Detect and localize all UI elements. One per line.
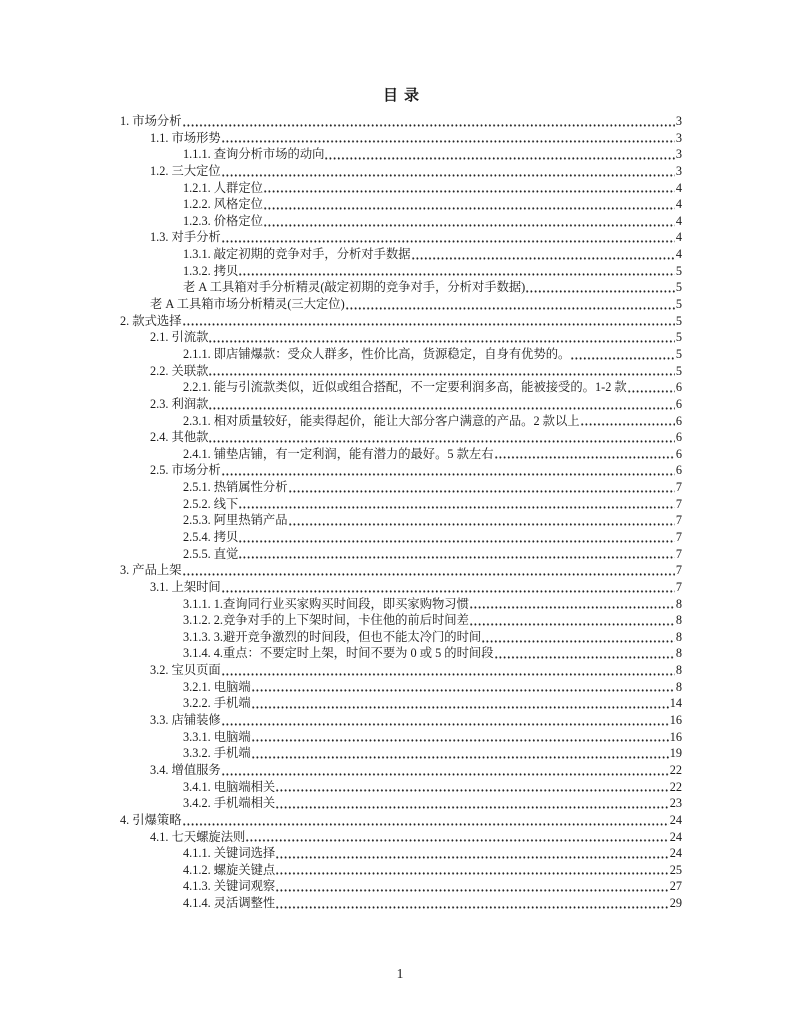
- toc-entry-page: 4: [676, 196, 682, 213]
- toc-leader-dots: [222, 712, 669, 729]
- toc-entry-page: 24: [670, 812, 682, 829]
- toc-entry-label: 3.3. 店铺装修: [150, 712, 221, 729]
- toc-entry-label: 4.1.2. 螺旋关键点: [183, 862, 275, 879]
- toc-entry-label: 3.3.2. 手机端: [183, 745, 251, 762]
- toc-entry[interactable]: 3.2. 宝贝页面8: [120, 662, 682, 679]
- toc-entry-page: 4: [676, 180, 682, 197]
- toc-entry-label: 2.3.1. 相对质量较好，能卖得起价，能让大部分客户满意的产品。2 款以上: [183, 413, 580, 430]
- toc-entry[interactable]: 2.1.1. 即店铺爆款：受众人群多，性价比高，货源稳定，自身有优势的。 5: [120, 346, 682, 363]
- toc-entry-page: 3: [676, 163, 682, 180]
- toc-leader-dots: [412, 246, 675, 263]
- toc-entry-page: 7: [676, 479, 682, 496]
- toc-leader-dots: [252, 729, 669, 746]
- toc-entry[interactable]: 2.3.1. 相对质量较好，能卖得起价，能让大部分客户满意的产品。2 款以上6: [120, 413, 682, 430]
- toc-entry-label: 4.1. 七天螺旋法则: [150, 829, 245, 846]
- toc-entry[interactable]: 2.2.1. 能与引流款类似，近似或组合搭配，不一定要利润多高，能被接受的。1-…: [120, 379, 682, 396]
- toc-entry-label: 2.2. 关联款: [150, 363, 208, 380]
- toc-entry-label: 老 A 工具箱市场分析精灵(三大定位): [150, 296, 345, 313]
- toc-entry[interactable]: 3. 产品上架7: [120, 562, 682, 579]
- toc-entry-label: 3.3.1. 电脑端: [183, 729, 251, 746]
- toc-entry-page: 4: [676, 246, 682, 263]
- toc-entry-page: 8: [676, 662, 682, 679]
- toc-list: 1. 市场分析31.1. 市场形势31.1.1. 查询分析市场的动向31.2. …: [120, 113, 682, 912]
- toc-entry[interactable]: 2.4. 其他款6: [120, 429, 682, 446]
- toc-leader-dots: [264, 180, 675, 197]
- toc-entry-label: 3. 产品上架: [120, 562, 182, 579]
- toc-entry[interactable]: 3.1.2. 2.竞争对手的上下架时间，卡住他的前后时间差8: [120, 612, 682, 629]
- toc-entry-page: 19: [670, 745, 682, 762]
- toc-entry-page: 5: [676, 363, 682, 380]
- toc-entry-label: 1.2. 三大定位: [150, 163, 221, 180]
- toc-entry[interactable]: 2.5.2. 线下7: [120, 496, 682, 513]
- toc-entry-label: 4.1.4. 灵活调整性: [183, 895, 275, 912]
- toc-entry[interactable]: 3.3.2. 手机端19: [120, 745, 682, 762]
- toc-entry-page: 8: [676, 596, 682, 613]
- toc-leader-dots: [470, 596, 675, 613]
- toc-entry-page: 5: [676, 346, 682, 363]
- toc-entry-label: 4.1.1. 关键词选择: [183, 845, 275, 862]
- toc-entry[interactable]: 2.5.5. 直觉7: [120, 546, 682, 563]
- toc-entry[interactable]: 1. 市场分析3: [120, 113, 682, 130]
- toc-entry[interactable]: 老 A 工具箱对手分析精灵(敲定初期的竞争对手，分析对手数据)5: [120, 279, 682, 296]
- toc-entry[interactable]: 1.2. 三大定位3: [120, 163, 682, 180]
- toc-entry[interactable]: 3.4. 增值服务22: [120, 762, 682, 779]
- toc-entry-label: 3.1.2. 2.竞争对手的上下架时间，卡住他的前后时间差: [183, 612, 469, 629]
- toc-entry-label: 2.5.1. 热销属性分析: [183, 479, 288, 496]
- toc-entry-page: 3: [676, 146, 682, 163]
- toc-leader-dots: [222, 462, 675, 479]
- toc-entry[interactable]: 3.1.1. 1.查询同行业买家购买时间段，即买家购物习惯8: [120, 596, 682, 613]
- toc-entry[interactable]: 4.1.3. 关键词观察27: [120, 878, 682, 895]
- toc-leader-dots: [209, 363, 674, 380]
- toc-leader-dots: [276, 862, 668, 879]
- toc-entry[interactable]: 2.5.1. 热销属性分析7: [120, 479, 682, 496]
- toc-entry[interactable]: 2.4.1. 铺垫店铺，有一定利润，能有潜力的最好。5 款左右6: [120, 446, 682, 463]
- toc-leader-dots: [222, 130, 675, 147]
- document-page: 目录 1. 市场分析31.1. 市场形势31.1.1. 查询分析市场的动向31.…: [0, 0, 800, 1035]
- toc-leader-dots: [252, 679, 675, 696]
- toc-entry-page: 24: [670, 845, 682, 862]
- toc-entry[interactable]: 2. 款式选择5: [120, 313, 682, 330]
- toc-entry-label: 3.4.1. 电脑端相关: [183, 779, 275, 796]
- toc-leader-dots: [264, 196, 675, 213]
- toc-leader-dots: [571, 346, 674, 363]
- toc-entry-label: 4. 引爆策略: [120, 812, 182, 829]
- toc-entry[interactable]: 3.3.1. 电脑端16: [120, 729, 682, 746]
- toc-entry[interactable]: 2.1. 引流款5: [120, 329, 682, 346]
- toc-entry[interactable]: 2.5. 市场分析6: [120, 462, 682, 479]
- toc-entry[interactable]: 3.2.1. 电脑端8: [120, 679, 682, 696]
- toc-entry-label: 1.1.1. 查询分析市场的动向: [183, 146, 324, 163]
- toc-entry-page: 6: [676, 429, 682, 446]
- toc-leader-dots: [276, 895, 668, 912]
- toc-leader-dots: [222, 762, 669, 779]
- toc-entry[interactable]: 1.1.1. 查询分析市场的动向3: [120, 146, 682, 163]
- toc-entry-label: 2.3. 利润款: [150, 396, 208, 413]
- toc-entry-label: 2.2.1. 能与引流款类似，近似或组合搭配，不一定要利润多高，能被接受的。1-…: [183, 379, 627, 396]
- toc-entry-page: 4: [676, 213, 682, 230]
- toc-entry[interactable]: 1.1. 市场形势3: [120, 130, 682, 147]
- toc-entry-label: 老 A 工具箱对手分析精灵(敲定初期的竞争对手，分析对手数据): [183, 279, 525, 296]
- toc-entry[interactable]: 1.3. 对手分析4: [120, 229, 682, 246]
- toc-entry-label: 3.2.2. 手机端: [183, 695, 251, 712]
- toc-leader-dots: [209, 429, 674, 446]
- toc-entry-label: 2.1. 引流款: [150, 329, 208, 346]
- toc-entry-label: 1. 市场分析: [120, 113, 182, 130]
- toc-entry-page: 27: [670, 878, 682, 895]
- toc-entry[interactable]: 1.2.2. 风格定位4: [120, 196, 682, 213]
- toc-entry-page: 6: [676, 446, 682, 463]
- toc-leader-dots: [239, 546, 675, 563]
- toc-entry[interactable]: 4.1.1. 关键词选择24: [120, 845, 682, 862]
- toc-entry-page: 5: [676, 279, 682, 296]
- toc-entry-label: 4.1.3. 关键词观察: [183, 878, 275, 895]
- toc-leader-dots: [289, 479, 675, 496]
- toc-entry-label: 2. 款式选择: [120, 313, 182, 330]
- toc-leader-dots: [581, 413, 675, 430]
- toc-entry-page: 5: [676, 313, 682, 330]
- toc-entry-page: 23: [670, 795, 682, 812]
- toc-entry-page: 7: [676, 546, 682, 563]
- toc-leader-dots: [495, 446, 675, 463]
- toc-entry-page: 5: [676, 263, 682, 280]
- toc-leader-dots: [482, 629, 675, 646]
- toc-entry-label: 1.3. 对手分析: [150, 229, 221, 246]
- toc-leader-dots: [209, 329, 674, 346]
- toc-leader-dots: [222, 579, 675, 596]
- toc-entry-page: 8: [676, 679, 682, 696]
- toc-entry-page: 8: [676, 645, 682, 662]
- toc-entry-label: 3.1.1. 1.查询同行业买家购买时间段，即买家购物习惯: [183, 596, 469, 613]
- toc-entry-page: 7: [676, 512, 682, 529]
- toc-entry-label: 1.2.3. 价格定位: [183, 213, 263, 230]
- toc-entry-page: 6: [676, 462, 682, 479]
- toc-entry-label: 1.3.1. 敲定初期的竞争对手，分析对手数据: [183, 246, 411, 263]
- toc-entry-page: 6: [676, 379, 682, 396]
- toc-leader-dots: [183, 313, 675, 330]
- toc-entry-label: 2.4. 其他款: [150, 429, 208, 446]
- toc-entry-label: 2.5. 市场分析: [150, 462, 221, 479]
- toc-entry-page: 16: [670, 729, 682, 746]
- toc-entry[interactable]: 4.1.2. 螺旋关键点25: [120, 862, 682, 879]
- toc-entry-page: 16: [670, 712, 682, 729]
- toc-entry-label: 1.1. 市场形势: [150, 130, 221, 147]
- toc-leader-dots: [222, 229, 675, 246]
- toc-leader-dots: [209, 396, 674, 413]
- toc-leader-dots: [470, 612, 675, 629]
- toc-entry[interactable]: 老 A 工具箱市场分析精灵(三大定位)5: [120, 296, 682, 313]
- toc-entry-page: 6: [676, 396, 682, 413]
- toc-leader-dots: [239, 263, 675, 280]
- toc-entry-page: 7: [676, 562, 682, 579]
- toc-entry[interactable]: 3.3. 店铺装修16: [120, 712, 682, 729]
- toc-entry-page: 14: [670, 695, 682, 712]
- toc-entry-page: 3: [676, 130, 682, 147]
- toc-leader-dots: [526, 279, 675, 296]
- toc-leader-dots: [276, 779, 668, 796]
- toc-leader-dots: [222, 662, 675, 679]
- toc-entry-page: 3: [676, 113, 682, 130]
- toc-leader-dots: [183, 562, 675, 579]
- toc-section: 目录 1. 市场分析31.1. 市场形势31.1.1. 查询分析市场的动向31.…: [120, 86, 682, 912]
- toc-leader-dots: [276, 845, 668, 862]
- toc-leader-dots: [239, 496, 675, 513]
- toc-title: 目录: [120, 86, 682, 106]
- toc-entry-page: 22: [670, 762, 682, 779]
- toc-leader-dots: [276, 878, 668, 895]
- toc-entry-label: 2.4.1. 铺垫店铺，有一定利润，能有潜力的最好。5 款左右: [183, 446, 494, 463]
- toc-entry[interactable]: 4.1. 七天螺旋法则24: [120, 829, 682, 846]
- toc-entry-page: 4: [676, 229, 682, 246]
- toc-leader-dots: [346, 296, 675, 313]
- toc-entry-label: 3.1.3. 3.避开竞争激烈的时间段，但也不能太冷门的时间: [183, 629, 481, 646]
- toc-entry[interactable]: 3.2.2. 手机端14: [120, 695, 682, 712]
- toc-entry-label: 2.5.2. 线下: [183, 496, 238, 513]
- toc-entry-page: 5: [676, 296, 682, 313]
- toc-entry-label: 1.3.2. 拷贝: [183, 263, 238, 280]
- toc-entry-label: 3.2. 宝贝页面: [150, 662, 221, 679]
- toc-entry-label: 2.5.4. 拷贝: [183, 529, 238, 546]
- toc-entry-label: 3.4.2. 手机端相关: [183, 795, 275, 812]
- toc-entry[interactable]: 2.2. 关联款5: [120, 363, 682, 380]
- toc-entry[interactable]: 2.5.3. 阿里热销产品7: [120, 512, 682, 529]
- toc-leader-dots: [264, 213, 675, 230]
- toc-entry-page: 29: [670, 895, 682, 912]
- toc-entry[interactable]: 4.1.4. 灵活调整性29: [120, 895, 682, 912]
- toc-entry[interactable]: 4. 引爆策略24: [120, 812, 682, 829]
- toc-entry-page: 24: [670, 829, 682, 846]
- toc-entry-page: 25: [670, 862, 682, 879]
- toc-leader-dots: [246, 829, 668, 846]
- toc-leader-dots: [183, 113, 675, 130]
- toc-entry-label: 1.2.2. 风格定位: [183, 196, 263, 213]
- toc-entry-label: 3.1.4. 4.重点：不要定时上架，时间不要为 0 或 5 的时间段: [183, 645, 494, 662]
- toc-entry-label: 2.5.5. 直觉: [183, 546, 238, 563]
- toc-leader-dots: [239, 529, 675, 546]
- toc-entry-page: 5: [676, 329, 682, 346]
- toc-leader-dots: [183, 812, 669, 829]
- toc-leader-dots: [252, 745, 669, 762]
- toc-entry-page: 7: [676, 496, 682, 513]
- toc-entry-page: 6: [676, 413, 682, 430]
- toc-leader-dots: [325, 146, 674, 163]
- toc-entry[interactable]: 3.1.4. 4.重点：不要定时上架，时间不要为 0 或 5 的时间段8: [120, 646, 682, 663]
- toc-entry-page: 8: [676, 629, 682, 646]
- toc-leader-dots: [222, 163, 675, 180]
- toc-entry[interactable]: 3.4.1. 电脑端相关22: [120, 779, 682, 796]
- toc-entry-label: 1.2.1. 人群定位: [183, 180, 263, 197]
- toc-entry-label: 2.1.1. 即店铺爆款：受众人群多，性价比高，货源稳定，自身有优势的。: [183, 346, 570, 363]
- toc-leader-dots: [289, 512, 675, 529]
- toc-entry-page: 22: [670, 779, 682, 796]
- toc-entry[interactable]: 3.4.2. 手机端相关23: [120, 795, 682, 812]
- footer-page-number: 1: [0, 966, 800, 982]
- toc-entry-page: 7: [676, 529, 682, 546]
- toc-entry[interactable]: 1.3.1. 敲定初期的竞争对手，分析对手数据4: [120, 246, 682, 263]
- toc-leader-dots: [628, 379, 675, 396]
- toc-entry[interactable]: 1.2.3. 价格定位4: [120, 213, 682, 230]
- toc-entry[interactable]: 1.3.2. 拷贝5: [120, 263, 682, 280]
- toc-leader-dots: [276, 795, 668, 812]
- toc-leader-dots: [252, 695, 669, 712]
- toc-entry-label: 3.1. 上架时间: [150, 579, 221, 596]
- toc-entry[interactable]: 2.3. 利润款6: [120, 396, 682, 413]
- toc-entry[interactable]: 3.1.3. 3.避开竞争激烈的时间段，但也不能太冷门的时间8: [120, 629, 682, 646]
- toc-entry-label: 3.2.1. 电脑端: [183, 679, 251, 696]
- toc-entry-page: 7: [676, 579, 682, 596]
- toc-leader-dots: [495, 646, 675, 663]
- toc-entry-page: 8: [676, 612, 682, 629]
- toc-entry-label: 2.5.3. 阿里热销产品: [183, 512, 288, 529]
- toc-entry[interactable]: 1.2.1. 人群定位4: [120, 180, 682, 197]
- toc-entry[interactable]: 2.5.4. 拷贝7: [120, 529, 682, 546]
- toc-entry[interactable]: 3.1. 上架时间7: [120, 579, 682, 596]
- toc-entry-label: 3.4. 增值服务: [150, 762, 221, 779]
